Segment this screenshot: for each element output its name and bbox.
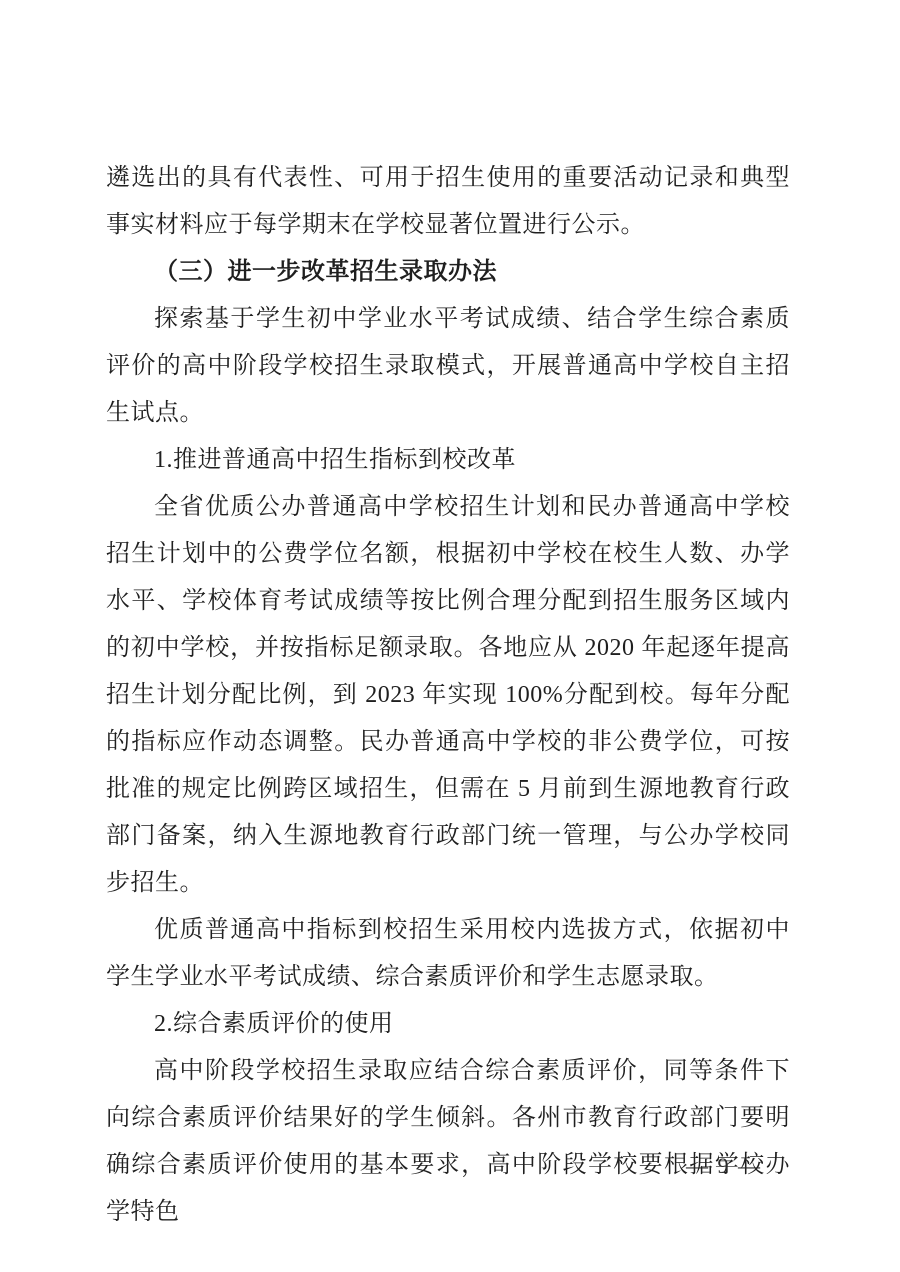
page-number: — 9 — (686, 1153, 762, 1179)
document-body: 遴选出的具有代表性、可用于招生使用的重要活动记录和典型事实材料应于每学期末在学校… (106, 155, 790, 1236)
numbered-subheading-1: 1.推进普通高中招生指标到校改革 (106, 437, 790, 484)
numbered-subheading-2: 2.综合素质评价的使用 (106, 1001, 790, 1048)
paragraph: 全省优质公办普通高中学校招生计划和民办普通高中学校招生计划中的公费学位名额，根据… (106, 484, 790, 907)
section-heading: （三）进一步改革招生录取办法 (106, 249, 790, 296)
paragraph: 探索基于学生初中学业水平考试成绩、结合学生综合素质评价的高中阶段学校招生录取模式… (106, 296, 790, 437)
paragraph: 高中阶段学校招生录取应结合综合素质评价，同等条件下向综合素质评价结果好的学生倾斜… (106, 1048, 790, 1236)
paragraph-carryover: 遴选出的具有代表性、可用于招生使用的重要活动记录和典型事实材料应于每学期末在学校… (106, 155, 790, 249)
paragraph: 优质普通高中指标到校招生采用校内选拔方式，依据初中学生学业水平考试成绩、综合素质… (106, 907, 790, 1001)
document-page: 遴选出的具有代表性、可用于招生使用的重要活动记录和典型事实材料应于每学期末在学校… (0, 0, 900, 1272)
